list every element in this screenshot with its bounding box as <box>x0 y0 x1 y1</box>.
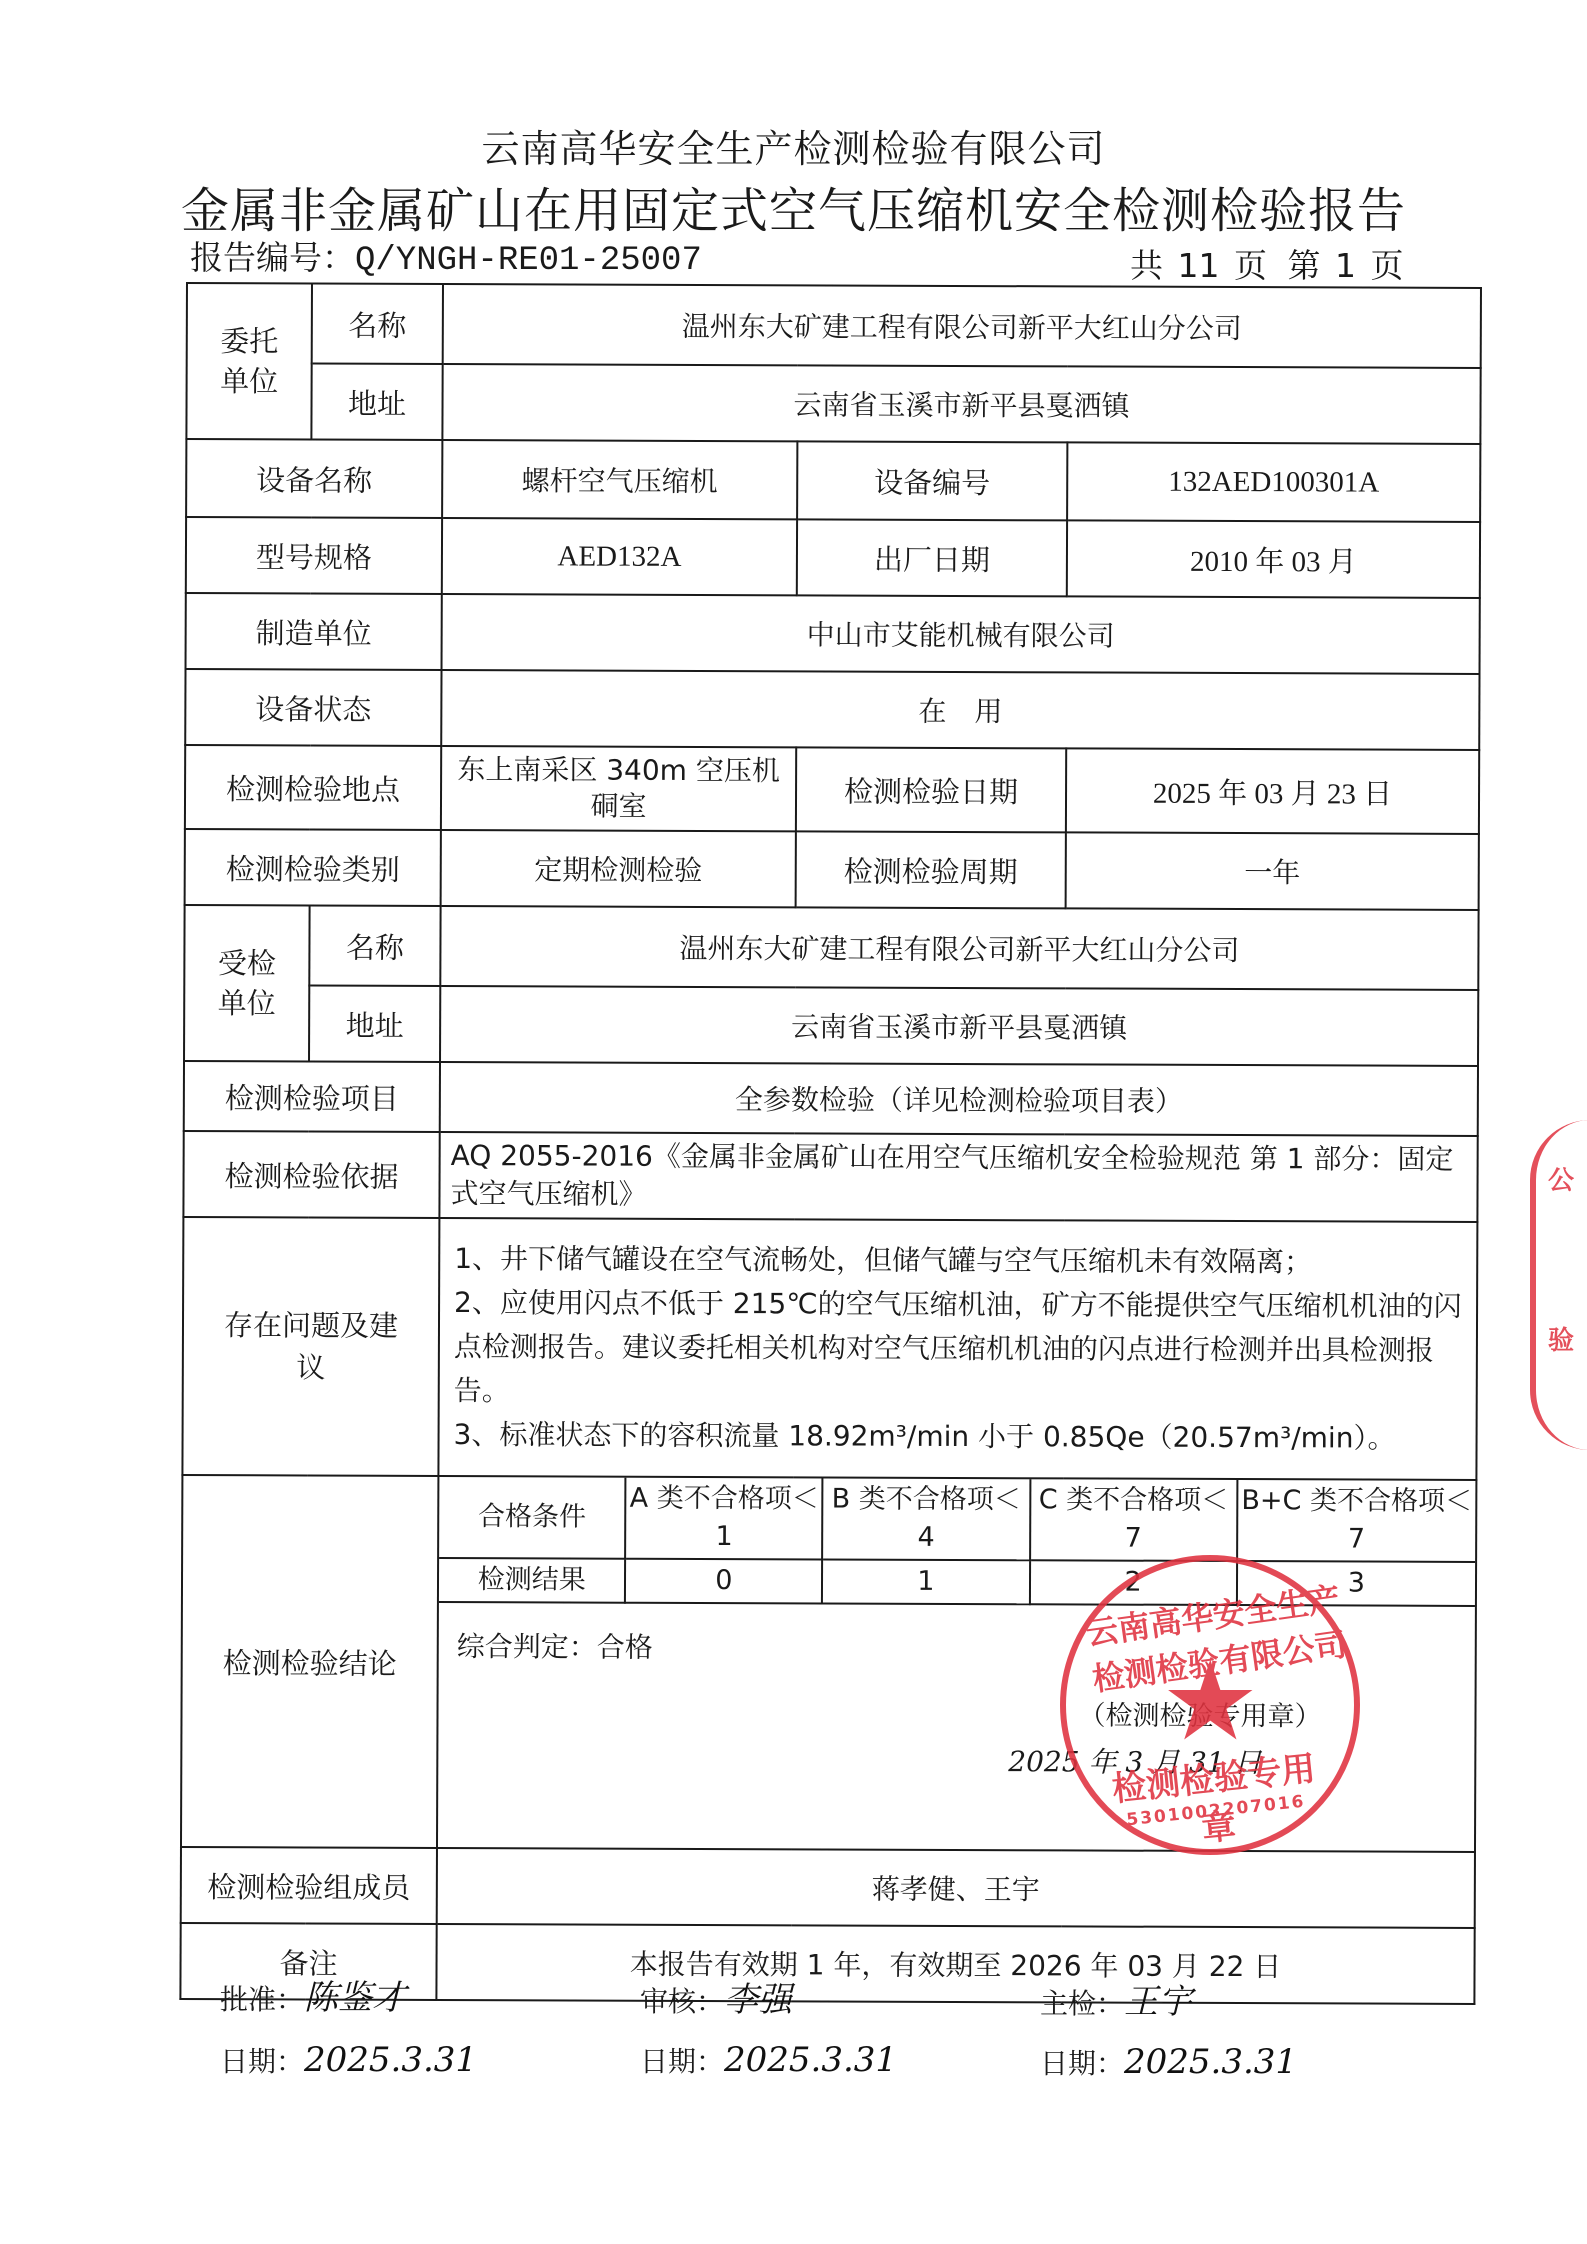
issues-label: 存在问题及建议 <box>182 1217 439 1476</box>
location: 东上南采区 340m 空压机硐室 <box>441 746 796 831</box>
team-label: 检测检验组成员 <box>181 1847 437 1924</box>
location-label: 检测检验地点 <box>185 745 441 830</box>
inspection-date-label: 检测检验日期 <box>796 747 1066 832</box>
signature-block: 批准：陈鉴才 审核：李强 主检：王宇 日期：2025.3.31 日期：2025.… <box>220 1950 1420 2110</box>
basis-label: 检测检验依据 <box>183 1131 439 1218</box>
team-members: 蒋孝健、王宇 <box>437 1848 1475 1928</box>
approve-date: 2025.3.31 <box>304 2040 477 2080</box>
issues-list: 1、井下储气罐设在空气流畅处，但储气罐与空气压缩机未有效隔离； 2、应使用闪点不… <box>438 1218 1477 1480</box>
client-address-label: 地址 <box>311 363 442 440</box>
basis-value: AQ 2055-2016《金属非金属矿山在用空气压缩机安全检验规范 第 1 部分… <box>439 1132 1477 1222</box>
review-date: 2025.3.31 <box>724 2040 897 2080</box>
result-label: 检测结果 <box>439 1558 626 1603</box>
date-label: 日期： <box>1040 2047 1124 2080</box>
lead-signature: 王宇 <box>1124 1982 1192 2022</box>
partial-seal-edge: 公 验 <box>1530 1120 1587 1450</box>
inspected-group-label: 受检单位 <box>184 905 310 1061</box>
equipment-status: 在 用 <box>441 670 1479 750</box>
lead-date-field: 日期：2025.3.31 <box>1040 2042 1297 2082</box>
company-name: 云南高华安全生产检测检验有限公司 <box>0 118 1587 173</box>
inspected-address: 云南省玉溪市新平县戛洒镇 <box>440 986 1478 1066</box>
items-value: 全参数检验（详见检测检验项目表） <box>440 1062 1478 1136</box>
model-label: 型号规格 <box>186 517 442 594</box>
report-number: 报告编号：Q/YNGH-RE01-25007 <box>190 232 702 280</box>
inspected-address-label: 地址 <box>309 985 440 1062</box>
issues-label-text: 存在问题及建议 <box>224 1308 398 1384</box>
review-label: 审核： <box>640 1985 724 2018</box>
result-b: 1 <box>822 1559 1029 1604</box>
review-date-field: 日期：2025.3.31 <box>640 2040 897 2080</box>
date-label: 日期： <box>220 2045 304 2078</box>
date-label: 日期： <box>640 2045 724 2078</box>
page-indicator: 共 11 页 第 1 页 <box>1130 240 1409 287</box>
criterion-c: C 类不合格项＜7 <box>1030 1479 1238 1561</box>
review-field: 审核：李强 <box>640 1972 792 2021</box>
total-pages: 共 11 页 <box>1130 246 1267 285</box>
lead-date: 2025.3.31 <box>1124 2042 1297 2082</box>
report-number-value: Q/YNGH-RE01-25007 <box>355 242 702 280</box>
criteria-table: 合格条件 A 类不合格项＜1 B 类不合格项＜4 C 类不合格项＜7 B+C 类… <box>439 1477 1476 1607</box>
seal-caption: （检测检验专用章） <box>1078 1693 1321 1733</box>
result-c: 2 <box>1029 1560 1236 1605</box>
lead-label: 主检： <box>1040 1987 1124 2020</box>
approve-label: 批准： <box>220 1983 304 2016</box>
items-label: 检测检验项目 <box>184 1061 440 1132</box>
period-label: 检测检验周期 <box>796 831 1066 908</box>
report-number-label: 报告编号： <box>190 238 355 277</box>
verdict: 综合判定：合格 <box>457 1625 1457 1669</box>
issue-item: 2、应使用闪点不低于 215℃的空气压缩机油，矿方不能提供空气压缩机机油的闪点检… <box>454 1281 1463 1417</box>
report-table: 委托单位 名称 温州东大矿建工程有限公司新平大红山分公司 地址 云南省玉溪市新平… <box>179 282 1482 2005</box>
report-title: 金属非金属矿山在用固定式空气压缩机安全检测检验报告 <box>0 172 1587 241</box>
criterion-a: A 类不合格项＜1 <box>626 1478 823 1560</box>
equipment-name-label: 设备名称 <box>186 439 442 518</box>
result-bc: 3 <box>1237 1561 1475 1606</box>
issue-item: 1、井下储气罐设在空气流畅处，但储气罐与空气压缩机未有效隔离； <box>454 1237 1462 1285</box>
client-name-label: 名称 <box>312 283 443 364</box>
category-label: 检测检验类别 <box>185 829 441 906</box>
mfg-date: 2010 年 03 月 <box>1067 520 1480 598</box>
approve-field: 批准：陈鉴才 <box>220 1970 406 2019</box>
client-address: 云南省玉溪市新平县戛洒镇 <box>442 364 1480 444</box>
criterion-b: B 类不合格项＜4 <box>822 1478 1030 1560</box>
status-label: 设备状态 <box>185 669 441 746</box>
criterion-bc: B+C 类不合格项＜7 <box>1237 1480 1476 1562</box>
equipment-id: 132AED100301A <box>1067 442 1480 522</box>
manufacturer-label: 制造单位 <box>186 593 442 670</box>
mfg-date-label: 出厂日期 <box>797 519 1067 596</box>
client-name: 温州东大矿建工程有限公司新平大红山分公司 <box>443 284 1481 368</box>
criteria-label: 合格条件 <box>439 1477 626 1559</box>
conclusion-cell: 合格条件 A 类不合格项＜1 B 类不合格项＜4 C 类不合格项＜7 B+C 类… <box>437 1476 1476 1852</box>
inspection-date: 2025 年 03 月 23 日 <box>1066 748 1479 834</box>
lead-field: 主检：王宇 <box>1040 1974 1192 2023</box>
result-a: 0 <box>625 1559 822 1604</box>
approve-date-field: 日期：2025.3.31 <box>220 2040 477 2080</box>
client-group-label: 委托单位 <box>186 283 312 439</box>
period: 一年 <box>1066 832 1479 910</box>
inspected-name-label: 名称 <box>309 905 440 986</box>
seal-date: 2025 年 3 月 31 日 <box>1008 1740 1261 1781</box>
equipment-id-label: 设备编号 <box>797 441 1067 520</box>
equipment-name: 螺杆空气压缩机 <box>442 440 797 519</box>
inspected-name: 温州东大矿建工程有限公司新平大红山分公司 <box>440 906 1478 990</box>
manufacturer: 中山市艾能机械有限公司 <box>442 594 1480 674</box>
review-signature: 李强 <box>724 1980 792 2020</box>
model: AED132A <box>442 518 797 595</box>
current-page: 第 1 页 <box>1287 246 1403 285</box>
approve-signature: 陈鉴才 <box>304 1978 406 2018</box>
conclusion-label: 检测检验结论 <box>181 1475 438 1848</box>
category: 定期检测检验 <box>441 830 796 907</box>
issue-item: 3、标准状态下的容积流量 18.92m³/min 小于 0.85Qe（20.57… <box>453 1413 1461 1461</box>
verdict-area: 综合判定：合格 （检测检验专用章） 2025 年 3 月 31 日 <box>438 1603 1475 1851</box>
